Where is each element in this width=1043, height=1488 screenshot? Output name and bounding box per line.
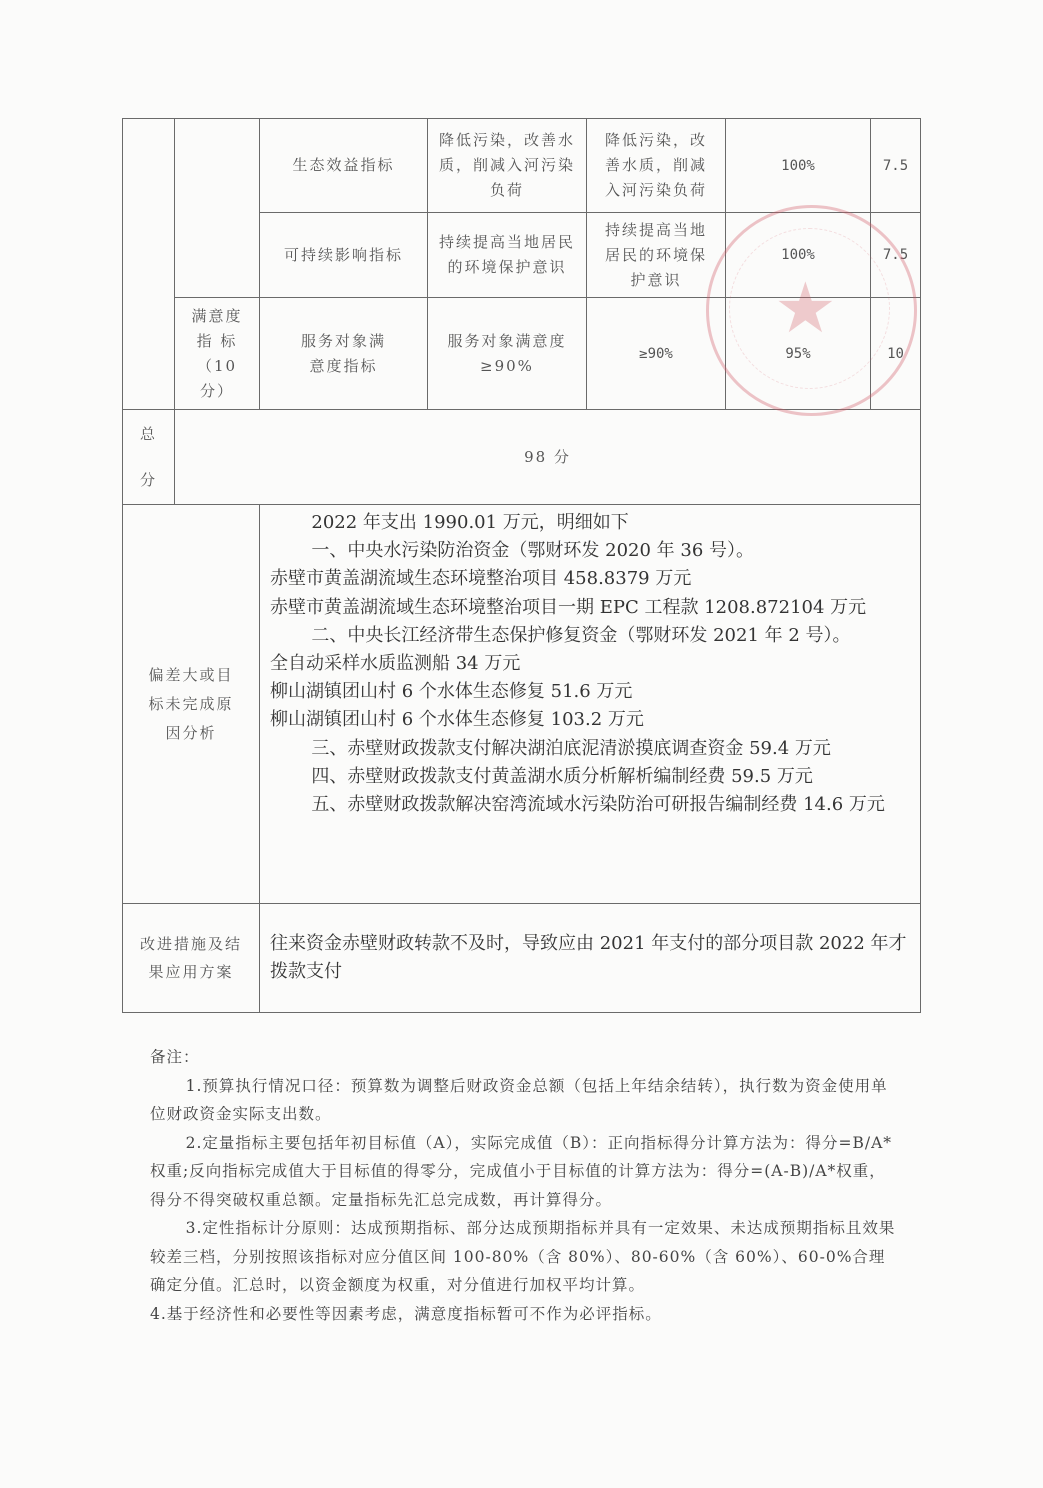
target-cell: 降低污染，改善水质，削减入河污染负荷 xyxy=(427,118,587,213)
target-cell: 持续提高当地居民的环境保护意识 xyxy=(427,212,587,298)
deviation-line: 柳山湖镇团山村 6 个水体生态修复 103.2 万元 xyxy=(270,706,912,734)
total-label-cell: 总 分 xyxy=(122,409,175,505)
total-value-cell: 98 分 xyxy=(174,409,921,505)
score-text: 7.5 xyxy=(883,247,908,263)
score-cell: 7.5 xyxy=(870,118,921,213)
indicator-cell: 生态效益指标 xyxy=(259,118,428,213)
rate-text: 100% xyxy=(781,247,815,263)
target-text: 降低污染，改善水质，削减入河污染负荷 xyxy=(438,128,576,203)
indicator-cell: 服务对象满意度指标 xyxy=(259,297,428,410)
deviation-line: 赤壁市黄盖湖流域生态环境整治项目一期 EPC 工程款 1208.872104 万… xyxy=(270,594,912,622)
actual-text: 降低污染，改善水质，削减入河污染负荷 xyxy=(597,128,715,203)
notes-title: 备注： xyxy=(150,1043,900,1072)
deviation-line: 四、赤壁财政拨款支付黄盖湖水质分析解析编制经费 59.5 万元 xyxy=(270,763,912,791)
score-text: 7.5 xyxy=(883,158,908,174)
document-page: 生态效益指标 降低污染，改善水质，削减入河污染负荷 降低污染，改善水质，削减入河… xyxy=(0,0,1043,1488)
category-text: 满意度指 标（10分） xyxy=(187,304,247,404)
indicator-text: 服务对象满意度指标 xyxy=(296,329,391,379)
note-item: 1.预算执行情况口径：预算数为调整后财政资金总额（包括上年结余结转），执行数为资… xyxy=(150,1072,900,1129)
deviation-line: 二、中央长江经济带生态保护修复资金（鄂财环发 2021 年 2 号）。 xyxy=(270,622,912,650)
score-cell: 10 xyxy=(870,297,921,410)
deviation-line: 五、赤壁财政拨款解决窑湾流域水污染防治可研报告编制经费 14.6 万元 xyxy=(270,791,912,819)
deviation-line: 赤壁市黄盖湖流域生态环境整治项目 458.8379 万元 xyxy=(270,565,912,593)
improvement-label-cell: 改进措施及结果应用方案 xyxy=(122,903,260,1013)
sub-category-cell xyxy=(174,118,260,298)
deviation-line: 全自动采样水质监测船 34 万元 xyxy=(270,650,912,678)
total-value: 98 分 xyxy=(524,445,571,470)
note-item: 2.定量指标主要包括年初目标值（A），实际完成值（B）：正向指标得分计算方法为：… xyxy=(150,1129,900,1215)
actual-text: 持续提高当地居民的环境保护意识 xyxy=(597,218,715,293)
rate-cell: 100% xyxy=(725,118,871,213)
indicator-cell: 可持续影响指标 xyxy=(259,212,428,298)
deviation-line: 一、中央水污染防治资金（鄂财环发 2020 年 36 号）。 xyxy=(270,537,912,565)
score-cell: 7.5 xyxy=(870,212,921,298)
satisfaction-category-cell: 满意度指 标（10分） xyxy=(174,297,260,410)
total-label: 总 分 xyxy=(139,411,158,503)
improvement-text: 往来资金赤壁财政转款不及时，导致应由 2021 年支付的部分项目款 2022 年… xyxy=(270,933,907,982)
indicator-text: 生态效益指标 xyxy=(292,153,394,178)
improvement-content-cell: 往来资金赤壁财政转款不及时，导致应由 2021 年支付的部分项目款 2022 年… xyxy=(259,903,921,1013)
outer-category-cell xyxy=(122,118,175,410)
actual-cell: 持续提高当地居民的环境保护意识 xyxy=(586,212,726,298)
target-cell: 服务对象满意度≥90% xyxy=(427,297,587,410)
note-item: 4.基于经济性和必要性等因素考虑，满意度指标暂可不作为必评指标。 xyxy=(150,1300,900,1329)
notes-section: 备注： 1.预算执行情况口径：预算数为调整后财政资金总额（包括上年结余结转），执… xyxy=(150,1043,900,1328)
deviation-content-cell: 2022 年支出 1990.01 万元，明细如下 一、中央水污染防治资金（鄂财环… xyxy=(259,504,921,904)
deviation-line: 2022 年支出 1990.01 万元，明细如下 xyxy=(270,509,912,537)
actual-cell: ≥90% xyxy=(586,297,726,410)
indicator-text: 可持续影响指标 xyxy=(284,243,403,268)
deviation-line: 三、赤壁财政拨款支付解决湖泊底泥清淤摸底调查资金 59.4 万元 xyxy=(270,735,912,763)
target-text: 服务对象满意度≥90% xyxy=(438,329,576,379)
target-text: 持续提高当地居民的环境保护意识 xyxy=(438,230,576,280)
rate-cell: 100% xyxy=(725,212,871,298)
rate-text: 95% xyxy=(785,346,810,362)
deviation-line: 柳山湖镇团山村 6 个水体生态修复 51.6 万元 xyxy=(270,678,912,706)
improvement-label: 改进措施及结果应用方案 xyxy=(133,930,249,986)
actual-text: ≥90% xyxy=(639,346,673,362)
deviation-label: 偏差大或目标未完成原因分析 xyxy=(141,661,241,748)
actual-cell: 降低污染，改善水质，削减入河污染负荷 xyxy=(586,118,726,213)
score-text: 10 xyxy=(887,346,904,362)
rate-cell: 95% xyxy=(725,297,871,410)
deviation-label-cell: 偏差大或目标未完成原因分析 xyxy=(122,504,260,904)
note-item: 3.定性指标计分原则：达成预期指标、部分达成预期指标并具有一定效果、未达成预期指… xyxy=(150,1214,900,1300)
rate-text: 100% xyxy=(781,158,815,174)
